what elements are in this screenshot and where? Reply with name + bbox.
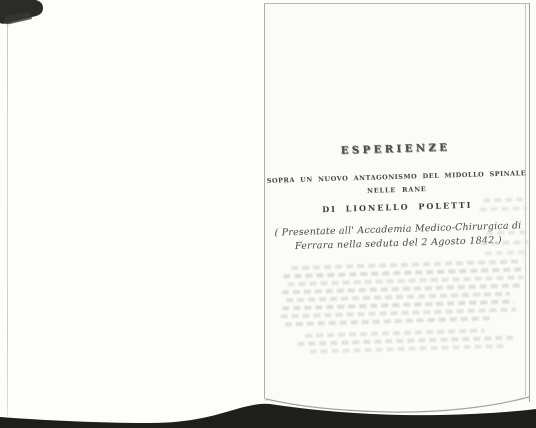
bottom-scan-shadow [0,404,536,428]
scanned-book-spread: ESPERIENZE SOPRA UN NUOVO ANTAGONISMO DE… [0,0,536,428]
scan-artifacts-overlay [0,0,536,428]
